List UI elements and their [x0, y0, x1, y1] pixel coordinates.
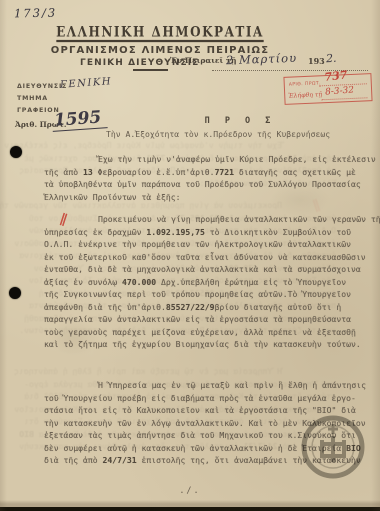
- folio-number: 173/3: [14, 6, 57, 21]
- received-stamp-date-value: 8-3-32: [325, 85, 355, 97]
- body-line: τῆς ἀπὸ 13 Φεβρουαρίου ἐ.ἔ.ὑπ'ἀριθ.7721 …: [44, 166, 374, 179]
- body-line: ἀπεφάνθη διὰ τῆς ὑπ'ἀριθ.85527/22/9βρίου…: [44, 301, 374, 314]
- archive-stamp-icon: [298, 410, 370, 486]
- body-line: τὰ ὑποβληθέντα ὑμῖν παράπονα τοῦ Προέδρο…: [44, 178, 374, 191]
- received-stamp-dots: [321, 97, 367, 100]
- body-line: τῆς Συγκοινωνίας περὶ τοῦ τρόπου προμηθε…: [44, 288, 374, 301]
- body-line: Προκειμένου νὰ γίνῃ προμήθεια ἀνταλλακτι…: [44, 213, 374, 226]
- body-line: Ο.Λ.Π. ἐνέκρινε τὴν προμήθειαν τῶν ἠλεκτ…: [44, 238, 374, 251]
- letterhead-republic: ΕΛΛΗΝΙΚΗ ΔΗΜΟΚΡΑΤΙΑ: [6, 23, 313, 40]
- document-sheet: Ἔχω τὴν τιμὴν ν'ἀναφέρω ὑμῖν Κύριε Πρόεδ…: [0, 0, 380, 511]
- hole-punch-icon: [10, 146, 22, 158]
- recipient-line: Τὴν Α.Ἐξοχότητα τὸν κ.Πρόεδρον τῆς Κυβερ…: [106, 129, 330, 139]
- protocol-number: 1595: [51, 107, 108, 132]
- body-line: ἐκ τοῦ ἐξωτερικοῦ καθ'ὅσον ταῦτα εἶναι ἀ…: [44, 251, 374, 264]
- handwritten-year: 2.: [326, 52, 337, 66]
- body-line: ἐνταῦθα, διὰ δὲ τὰ μηχανολογικὰ ἀνταλλακ…: [44, 263, 374, 276]
- handwritten-date: 2 Μαρτίου: [226, 51, 298, 67]
- body-line: ἀξίας ἐν συνόλῳ 470.000 Δρχ.ὑπεβλήθη ἐρώ…: [44, 276, 374, 289]
- body-line: Ἔχω τὴν τιμὴν ν'ἀναφέρω ὑμῖν Κύριε Πρόεδ…: [6, 139, 336, 152]
- body-line: Ἔχω τὴν τιμὴν ν'ἀναφέρω ὑμῖν Κύριε Πρόεδ…: [44, 153, 374, 166]
- recipient-heading: Π Ρ Ο Σ: [200, 116, 280, 126]
- body-line: τοὺς γερανοὺς παρέχει μείζονα εὐχέρειαν,…: [44, 326, 374, 339]
- body-line: καὶ τὸ ζήτημα τῆς ἐγχωρίου Βιομηχανίας δ…: [44, 338, 374, 351]
- body-line: Ἡ Ὑπηρεσία μας ἐν τῷ μεταξὺ καὶ πρὶν ἢ ἔ…: [44, 379, 374, 392]
- department-label: ΤΜΗΜΑ: [17, 95, 48, 102]
- direction-handwritten-value: ΓΕΝΙΚΗ: [60, 76, 113, 91]
- received-stamp-protocol-number: 737: [324, 68, 348, 84]
- body-line: Ἑλληνικῶν Προϊόντων τὰ ἑξῆς:: [44, 191, 374, 204]
- closing-mark: ./.: [168, 486, 212, 496]
- body-line: παραγγελία τῶν ἀνταλλακτικῶν εἰς τὰ ἐργο…: [44, 313, 374, 326]
- received-stamp-protocol-label: ΑΡΙΘ. ΠΡΩΤ.: [289, 81, 321, 87]
- letterhead-republic-text: ΕΛΛΗΝΙΚΗ ΔΗΜΟΚΡΑΤΙΑ: [56, 23, 264, 42]
- received-stamp-date-label: Ἐλήφθη τῇ: [288, 91, 322, 99]
- body-line: ὑπηρεσίας ἐκ δραχμῶν 1.092.195,75 τὸ Διο…: [44, 226, 374, 239]
- directorate-underline: [133, 69, 168, 71]
- body-paragraph: Ἔχω τὴν τιμὴν ν'ἀναφέρω ὑμῖν Κύριε Πρόεδ…: [44, 153, 374, 203]
- printed-year: 193: [308, 56, 325, 66]
- body-line: Ἡ Ὑπηρεσία μας ἐν τῷ μεταξὺ καὶ πρὶν ἢ ἔ…: [6, 365, 336, 378]
- received-stamp: ΑΡΙΘ. ΠΡΩΤ. 737 Ἐλήφθη τῇ 8-3-32: [283, 73, 372, 105]
- body-line: τοῦ Ὑπουργείου προέβη εἰς διαβήματα πρὸς…: [44, 392, 374, 405]
- hole-punch-icon: [9, 287, 21, 299]
- body-paragraph: ∥Προκειμένου νὰ γίνῃ προμήθεια ἀνταλλακτ…: [44, 213, 374, 351]
